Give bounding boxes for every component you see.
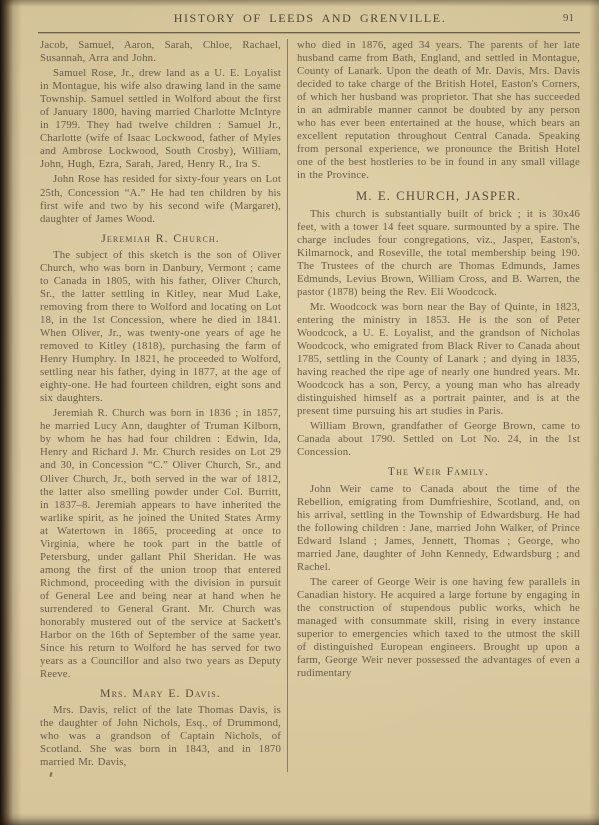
paragraph: The career of George Weir is one having … [297,576,580,680]
paragraph: Jeremiah R. Church was born in 1836 ; in… [40,407,281,681]
page-top-shadow [0,0,599,7]
left-column: Jacob, Samuel, Aaron, Sarah, Chloe, Rach… [40,39,281,772]
right-column: who died in 1876, aged 34 years. The par… [297,39,580,772]
page-content: Jacob, Samuel, Aaron, Sarah, Chloe, Rach… [40,39,580,772]
paragraph: John Weir came to Canada about the time … [297,483,580,574]
paragraph: Samuel Rose, Jr., drew land as a U. E. L… [40,67,281,171]
section-heading-me-church-jasper: M. E. CHURCH, JASPER. [297,190,580,203]
book-page: HISTORY OF LEEDS AND GRENVILLE. 91 Jacob… [0,0,599,825]
page-bottom-shadow [0,813,599,825]
section-heading-the-weir-family: The Weir Family. [297,465,580,478]
gutter-shadow [0,0,22,825]
section-heading-jeremiah-r-church: Jeremiah R. Church. [40,232,281,245]
ink-speck [50,772,53,777]
paragraph: The subject of this sketch is the son of… [40,249,281,406]
paragraph: William Brown, grandfather of George Bro… [297,420,580,459]
paragraph: Mr. Woodcock was born near the Bay of Qu… [297,301,580,418]
header-rule [38,32,580,33]
page-number: 91 [563,12,574,24]
running-title: HISTORY OF LEEDS AND GRENVILLE. [174,11,447,25]
paragraph: This church is substantially built of br… [297,208,580,299]
paragraph: Jacob, Samuel, Aaron, Sarah, Chloe, Rach… [40,39,281,65]
page-right-shadow [589,0,599,825]
paragraph: Mrs. Davis, relict of the late Thomas Da… [40,704,281,769]
page-header: HISTORY OF LEEDS AND GRENVILLE. 91 [40,11,580,27]
column-divider [287,39,288,772]
section-heading-mrs-mary-e-davis: Mrs. Mary E. Davis. [40,687,281,700]
paragraph: who died in 1876, aged 34 years. The par… [297,39,580,183]
paragraph: John Rose has resided for sixty-four yea… [40,173,281,225]
